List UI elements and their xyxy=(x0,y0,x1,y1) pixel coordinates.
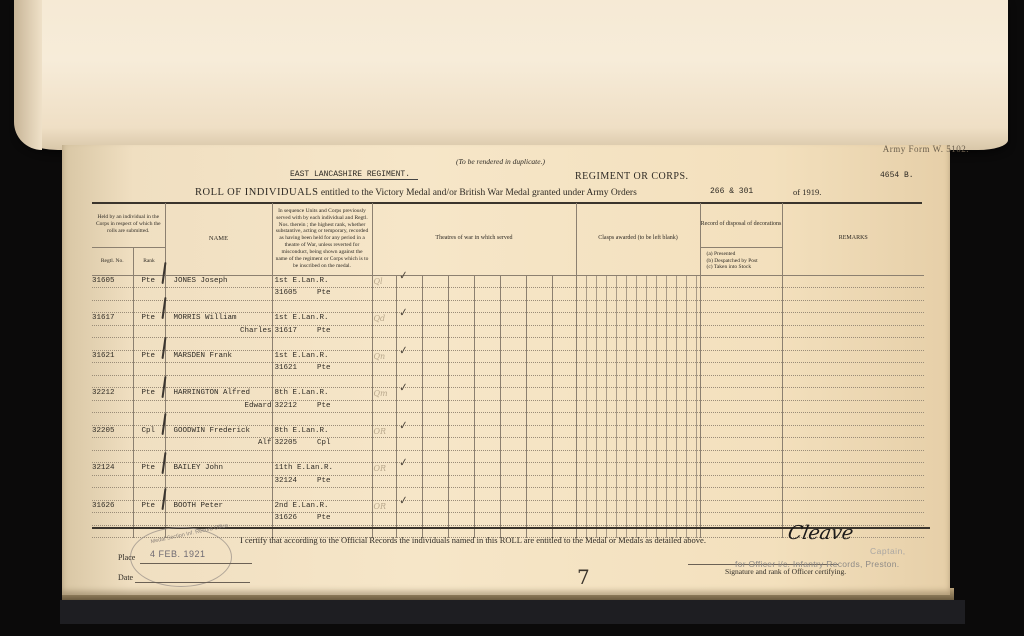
record-cell xyxy=(701,426,782,439)
theatre-cell xyxy=(553,301,576,314)
name-continuation xyxy=(166,288,272,301)
theatre-cell xyxy=(423,513,448,526)
unit-regtl-no: 32205 xyxy=(275,439,298,447)
theatre-cell xyxy=(373,363,396,376)
rank xyxy=(134,326,165,339)
theatre-cell xyxy=(475,513,500,526)
roll-table: Held by an individual in the Corps in re… xyxy=(92,203,924,538)
theatre-cell xyxy=(501,426,526,439)
regiment-name: EAST LANCASHIRE REGIMENT. xyxy=(290,170,418,180)
unit-number-rank: 32205Cpl xyxy=(273,438,372,451)
record-cell xyxy=(701,451,782,464)
theatre-cell: ✓ xyxy=(397,426,422,439)
regtl-no: 31626 xyxy=(92,501,133,514)
theatre-cell xyxy=(423,388,448,401)
clasps-cells xyxy=(577,463,700,476)
theatre-cell xyxy=(373,413,396,426)
rank xyxy=(134,488,165,501)
theatre-cell xyxy=(423,476,448,489)
rank xyxy=(134,451,165,464)
theatre-cell xyxy=(475,338,500,351)
theatre-pencil-note: Qm xyxy=(374,388,388,400)
unit-number-rank: 31617Pte xyxy=(273,326,372,339)
certification-statement: I certify that according to the Official… xyxy=(240,535,706,545)
units-header: In sequence Units and Corps previously s… xyxy=(272,203,372,275)
theatre-cell xyxy=(397,401,422,414)
theatre-cell xyxy=(527,363,552,376)
clasps-cells xyxy=(577,351,700,364)
unit xyxy=(273,376,372,389)
clasps-cells xyxy=(577,301,700,314)
theatre-cell xyxy=(449,413,474,426)
regiment-label: REGIMENT OR CORPS. xyxy=(575,171,689,182)
unit-number-rank: 32212Pte xyxy=(273,401,372,414)
curled-previous-page xyxy=(18,0,1008,150)
unit: 8th E.Lan.R. xyxy=(273,426,372,439)
regtl-no xyxy=(92,338,133,351)
theatre-cell xyxy=(501,476,526,489)
theatre-cell xyxy=(553,463,576,476)
theatre-pencil-note: Qn xyxy=(374,351,386,363)
rank: Pte xyxy=(134,388,165,401)
officer-rank-stamp: Captain, xyxy=(870,546,906,556)
theatre-cell xyxy=(397,476,422,489)
officer-signature: Cleave xyxy=(786,522,855,544)
theatre-cell xyxy=(449,301,474,314)
table-row: 32205CplGOODWIN Frederick8th E.Lan.R.OR✓ xyxy=(92,426,924,439)
check-mark-icon: ✓ xyxy=(398,344,409,357)
table-row-continuation xyxy=(92,301,924,314)
theatre-cell xyxy=(527,301,552,314)
theatre-cell xyxy=(423,463,448,476)
unit-regtl-no: 31621 xyxy=(275,364,298,372)
regtl-no xyxy=(92,401,133,414)
theatre-cell xyxy=(501,438,526,451)
theatre-cell xyxy=(553,376,576,389)
theatre-cell xyxy=(423,351,448,364)
theatre-cell xyxy=(501,501,526,514)
theatre-cell xyxy=(449,426,474,439)
name: BOOTH Peter xyxy=(166,501,272,514)
rank xyxy=(134,301,165,314)
regtl-no xyxy=(92,413,133,426)
theatre-cell xyxy=(527,513,552,526)
regtl-no xyxy=(92,301,133,314)
theatre-cell xyxy=(553,501,576,514)
theatre-cell xyxy=(527,501,552,514)
theatre-cell xyxy=(397,288,422,301)
regtl-no xyxy=(92,438,133,451)
rank: Pte xyxy=(134,463,165,476)
theatre-cell xyxy=(501,401,526,414)
roll-number: 4654 B. xyxy=(880,171,914,180)
theatre-cell xyxy=(423,276,448,289)
theatre-cell xyxy=(373,376,396,389)
table-row-continuation xyxy=(92,488,924,501)
check-mark-icon: ✓ xyxy=(398,456,409,469)
theatre-cell xyxy=(475,313,500,326)
record-option-stock: (c) Taken into Stock xyxy=(707,264,782,271)
roll-body: 31605PteJONES Joseph1st E.Lan.R.Ql✓31605… xyxy=(92,275,924,538)
theatre-cell xyxy=(423,338,448,351)
clasps-cells xyxy=(577,426,700,439)
theatre-cell xyxy=(527,376,552,389)
roll-title: ROLL OF INDIVIDUALS entitled to the Vict… xyxy=(195,187,637,198)
theatre-cell: Ql xyxy=(373,276,396,289)
unit-rank: Pte xyxy=(317,477,331,485)
theatre-cell xyxy=(423,376,448,389)
theatre-cell xyxy=(501,451,526,464)
remarks-cell xyxy=(783,451,925,464)
theatre-cell xyxy=(527,463,552,476)
clasps-cells xyxy=(577,288,700,301)
rank: Pte xyxy=(134,501,165,514)
record-cell xyxy=(701,401,782,414)
theatre-cell xyxy=(501,363,526,376)
regtl-no: 32212 xyxy=(92,388,133,401)
theatre-cell: Qd xyxy=(373,313,396,326)
clasps-cells xyxy=(577,451,700,464)
held-by-header: Held by an individual in the Corps in re… xyxy=(92,203,165,247)
theatre-cell xyxy=(449,451,474,464)
remarks-cell xyxy=(783,376,925,389)
theatre-cell xyxy=(527,401,552,414)
theatre-cell xyxy=(373,513,396,526)
regtl-no xyxy=(92,513,133,526)
name-continuation: Edward xyxy=(166,401,272,414)
record-cell xyxy=(701,288,782,301)
theatre-cell xyxy=(423,451,448,464)
theatre-cell xyxy=(527,326,552,339)
theatre-cell: ✓ xyxy=(397,388,422,401)
theatre-cell: ✓ xyxy=(397,313,422,326)
remarks-cell xyxy=(783,313,925,326)
clasps-cells xyxy=(577,376,700,389)
stamp-date: 4 FEB. 1921 xyxy=(150,549,206,559)
table-row-continuation: Alf32205Cpl xyxy=(92,438,924,451)
regtl-no xyxy=(92,376,133,389)
unit xyxy=(273,413,372,426)
name: HARRINGTON Alfred xyxy=(166,388,272,401)
unit-rank: Cpl xyxy=(317,439,331,447)
remarks-cell xyxy=(783,388,925,401)
table-row-continuation: 31621Pte xyxy=(92,363,924,376)
theatre-cell xyxy=(449,363,474,376)
regtl-no: 31617 xyxy=(92,313,133,326)
name-continuation xyxy=(166,476,272,489)
theatre-cell xyxy=(553,338,576,351)
unit-rank: Pte xyxy=(317,327,331,335)
theatre-cell xyxy=(475,413,500,426)
rank xyxy=(134,338,165,351)
record-cell xyxy=(701,363,782,376)
theatre-cell xyxy=(475,326,500,339)
record-cell xyxy=(701,351,782,364)
table-row-continuation: Edward32212Pte xyxy=(92,401,924,414)
theatre-cell xyxy=(527,276,552,289)
regtl-no xyxy=(92,288,133,301)
theatre-cell xyxy=(527,388,552,401)
table-row: 32124PteBAILEY John11th E.Lan.R.OR✓ xyxy=(92,463,924,476)
theatre-cell xyxy=(423,363,448,376)
theatre-cell xyxy=(373,488,396,501)
theatre-cell xyxy=(527,338,552,351)
regtl-no xyxy=(92,488,133,501)
table-row: 31605PteJONES Joseph1st E.Lan.R.Ql✓ xyxy=(92,275,924,288)
theatre-cell xyxy=(373,451,396,464)
rank: Pte xyxy=(134,313,165,326)
record-option-presented: (a) Presented xyxy=(707,251,782,258)
theatre-cell xyxy=(423,413,448,426)
theatre-cell: ✓ xyxy=(397,276,422,289)
rank xyxy=(134,438,165,451)
record-cell xyxy=(701,338,782,351)
table-row-continuation xyxy=(92,338,924,351)
theatre-cell xyxy=(501,338,526,351)
theatre-cell xyxy=(475,376,500,389)
theatre-cell xyxy=(449,401,474,414)
clasps-cells xyxy=(577,326,700,339)
unit: 8th E.Lan.R. xyxy=(273,388,372,401)
table-row-continuation: 31605Pte xyxy=(92,288,924,301)
theatre-cell xyxy=(553,363,576,376)
rank xyxy=(134,476,165,489)
clasps-cells xyxy=(577,388,700,401)
clasps-cells xyxy=(577,313,700,326)
record-options: (a) Presented (b) Despatched by Post (c)… xyxy=(700,247,782,275)
theatres-header: Theatres of war in which served xyxy=(372,203,576,275)
unit-rank: Pte xyxy=(317,364,331,372)
rank: Pte xyxy=(134,276,165,289)
theatre-cell xyxy=(553,426,576,439)
theatre-cell xyxy=(449,326,474,339)
unit-regtl-no: 32124 xyxy=(275,477,298,485)
theatre-cell xyxy=(501,488,526,501)
clasps-cells xyxy=(577,501,700,514)
theatre-cell xyxy=(423,488,448,501)
remarks-cell xyxy=(783,276,925,289)
theatre-cell xyxy=(373,326,396,339)
unit: 2nd E.Lan.R. xyxy=(273,501,372,514)
remarks-cell xyxy=(783,401,925,414)
theatre-cell xyxy=(397,326,422,339)
unit-regtl-no: 32212 xyxy=(275,402,298,410)
theatre-cell xyxy=(501,388,526,401)
rank xyxy=(134,288,165,301)
roll-title-rest: entitled to the Victory Medal and/or Bri… xyxy=(321,188,637,198)
record-header: Record of disposal of decorations xyxy=(700,203,782,247)
theatre-cell xyxy=(475,388,500,401)
name-continuation: Charles xyxy=(166,326,272,339)
record-cell xyxy=(701,476,782,489)
unit-number-rank: 31626Pte xyxy=(273,513,372,526)
theatre-cell xyxy=(475,426,500,439)
name: MARSDEN Frank xyxy=(166,351,272,364)
theatre-cell xyxy=(449,388,474,401)
date-line xyxy=(135,582,250,583)
theatre-cell xyxy=(373,401,396,414)
regtl-no xyxy=(92,326,133,339)
date-label: Date xyxy=(118,573,133,582)
theatre-cell xyxy=(373,338,396,351)
theatre-cell xyxy=(373,476,396,489)
remarks-cell xyxy=(783,326,925,339)
theatre-cell xyxy=(527,488,552,501)
regtl-no: 31621 xyxy=(92,351,133,364)
unit: 11th E.Lan.R. xyxy=(273,463,372,476)
unit xyxy=(273,488,372,501)
theatre-cell xyxy=(501,376,526,389)
rank xyxy=(134,401,165,414)
remarks-cell xyxy=(783,488,925,501)
unit: 1st E.Lan.R. xyxy=(273,313,372,326)
name xyxy=(166,488,272,501)
theatre-cell xyxy=(475,363,500,376)
unit-number-rank: 31621Pte xyxy=(273,363,372,376)
theatre-cell xyxy=(553,326,576,339)
theatre-cell xyxy=(423,501,448,514)
theatre-cell xyxy=(475,438,500,451)
theatre-cell xyxy=(449,276,474,289)
theatre-cell: ✓ xyxy=(397,351,422,364)
record-cell xyxy=(701,276,782,289)
theatre-cell: OR xyxy=(373,501,396,514)
theatre-cell: Qn xyxy=(373,351,396,364)
name xyxy=(166,413,272,426)
regtl-no: 31605 xyxy=(92,276,133,289)
unit-rank: Pte xyxy=(317,289,331,297)
theatre-cell xyxy=(397,363,422,376)
unit xyxy=(273,301,372,314)
name: JONES Joseph xyxy=(166,276,272,289)
unit-rank: Pte xyxy=(317,402,331,410)
theatre-cell xyxy=(501,313,526,326)
theatre-cell xyxy=(553,476,576,489)
theatre-cell xyxy=(527,313,552,326)
regtl-no: 32124 xyxy=(92,463,133,476)
remarks-cell xyxy=(783,301,925,314)
check-mark-icon: ✓ xyxy=(398,269,409,282)
clasps-header: Clasps awarded (to be left blank) xyxy=(576,203,700,275)
theatre-pencil-note: Ql xyxy=(374,276,383,288)
place-label: Place xyxy=(118,553,135,562)
theatre-cell xyxy=(553,288,576,301)
remarks-cell xyxy=(783,413,925,426)
rank: Cpl xyxy=(134,426,165,439)
theatre-cell xyxy=(423,326,448,339)
theatre-cell xyxy=(423,401,448,414)
rank xyxy=(134,413,165,426)
theatre-cell xyxy=(373,301,396,314)
theatre-cell: Qm xyxy=(373,388,396,401)
check-mark-icon: ✓ xyxy=(398,494,409,507)
table-row-continuation: Charles31617Pte xyxy=(92,326,924,339)
theatre-cell xyxy=(449,488,474,501)
record-cell xyxy=(701,463,782,476)
unit: 1st E.Lan.R. xyxy=(273,276,372,289)
theatre-cell xyxy=(475,501,500,514)
unit: 1st E.Lan.R. xyxy=(273,351,372,364)
signature-caption: Signature and rank of Officer certifying… xyxy=(725,567,846,576)
remarks-cell xyxy=(783,288,925,301)
record-cell xyxy=(701,488,782,501)
remarks-cell xyxy=(783,476,925,489)
rank: Pte xyxy=(134,351,165,364)
orders-year: of 1919. xyxy=(793,187,821,197)
unit-number-rank: 32124Pte xyxy=(273,476,372,489)
theatre-cell xyxy=(475,476,500,489)
unit-rank: Pte xyxy=(317,514,331,522)
unit-regtl-no: 31605 xyxy=(275,289,298,297)
name-continuation: Alf xyxy=(166,438,272,451)
clasps-cells xyxy=(577,338,700,351)
theatre-cell xyxy=(501,301,526,314)
theatre-cell xyxy=(501,351,526,364)
clasps-cells xyxy=(577,438,700,451)
theatre-cell xyxy=(449,313,474,326)
theatre-cell xyxy=(373,288,396,301)
record-cell xyxy=(701,513,782,526)
book-cover xyxy=(60,600,965,624)
theatre-cell xyxy=(423,313,448,326)
theatre-cell: OR xyxy=(373,463,396,476)
theatre-cell xyxy=(449,463,474,476)
record-cell xyxy=(701,376,782,389)
record-cell xyxy=(701,501,782,514)
theatre-cell xyxy=(475,288,500,301)
theatre-cell: OR xyxy=(373,426,396,439)
rank xyxy=(134,513,165,526)
record-cell xyxy=(701,438,782,451)
unit xyxy=(273,451,372,464)
folio-number: 7 xyxy=(577,565,590,589)
clasps-cells xyxy=(577,413,700,426)
theatre-cell: ✓ xyxy=(397,501,422,514)
theatre-cell xyxy=(449,376,474,389)
theatre-cell xyxy=(501,463,526,476)
theatre-cell xyxy=(449,288,474,301)
theatre-cell xyxy=(527,351,552,364)
table-row-continuation xyxy=(92,413,924,426)
theatre-cell xyxy=(501,513,526,526)
theatre-cell xyxy=(501,413,526,426)
name: GOODWIN Frederick xyxy=(166,426,272,439)
theatre-cell xyxy=(553,488,576,501)
record-cell xyxy=(701,301,782,314)
table-row: 31621PteMARSDEN Frank1st E.Lan.R.Qn✓ xyxy=(92,351,924,364)
record-cell xyxy=(701,313,782,326)
clasps-cells xyxy=(577,476,700,489)
theatre-cell xyxy=(553,401,576,414)
table-row-continuation xyxy=(92,451,924,464)
theatre-cell xyxy=(397,513,422,526)
unit-regtl-no: 31617 xyxy=(275,327,298,335)
regtl-no-header: Regtl. No. xyxy=(92,247,133,275)
theatre-cell xyxy=(449,338,474,351)
name-continuation xyxy=(166,363,272,376)
remarks-header: REMARKS xyxy=(782,203,924,275)
theatre-cell xyxy=(553,313,576,326)
name: MORRIS William xyxy=(166,313,272,326)
theatre-cell: ✓ xyxy=(397,463,422,476)
theatre-pencil-note: Qd xyxy=(374,313,386,325)
table-row: 31617PteMORRIS William1st E.Lan.R.Qd✓ xyxy=(92,313,924,326)
table-row: 32212PteHARRINGTON Alfred8th E.Lan.R.Qm✓ xyxy=(92,388,924,401)
unit-number-rank: 31605Pte xyxy=(273,288,372,301)
check-mark-icon: ✓ xyxy=(398,306,409,319)
theatre-cell xyxy=(373,438,396,451)
name: BAILEY John xyxy=(166,463,272,476)
